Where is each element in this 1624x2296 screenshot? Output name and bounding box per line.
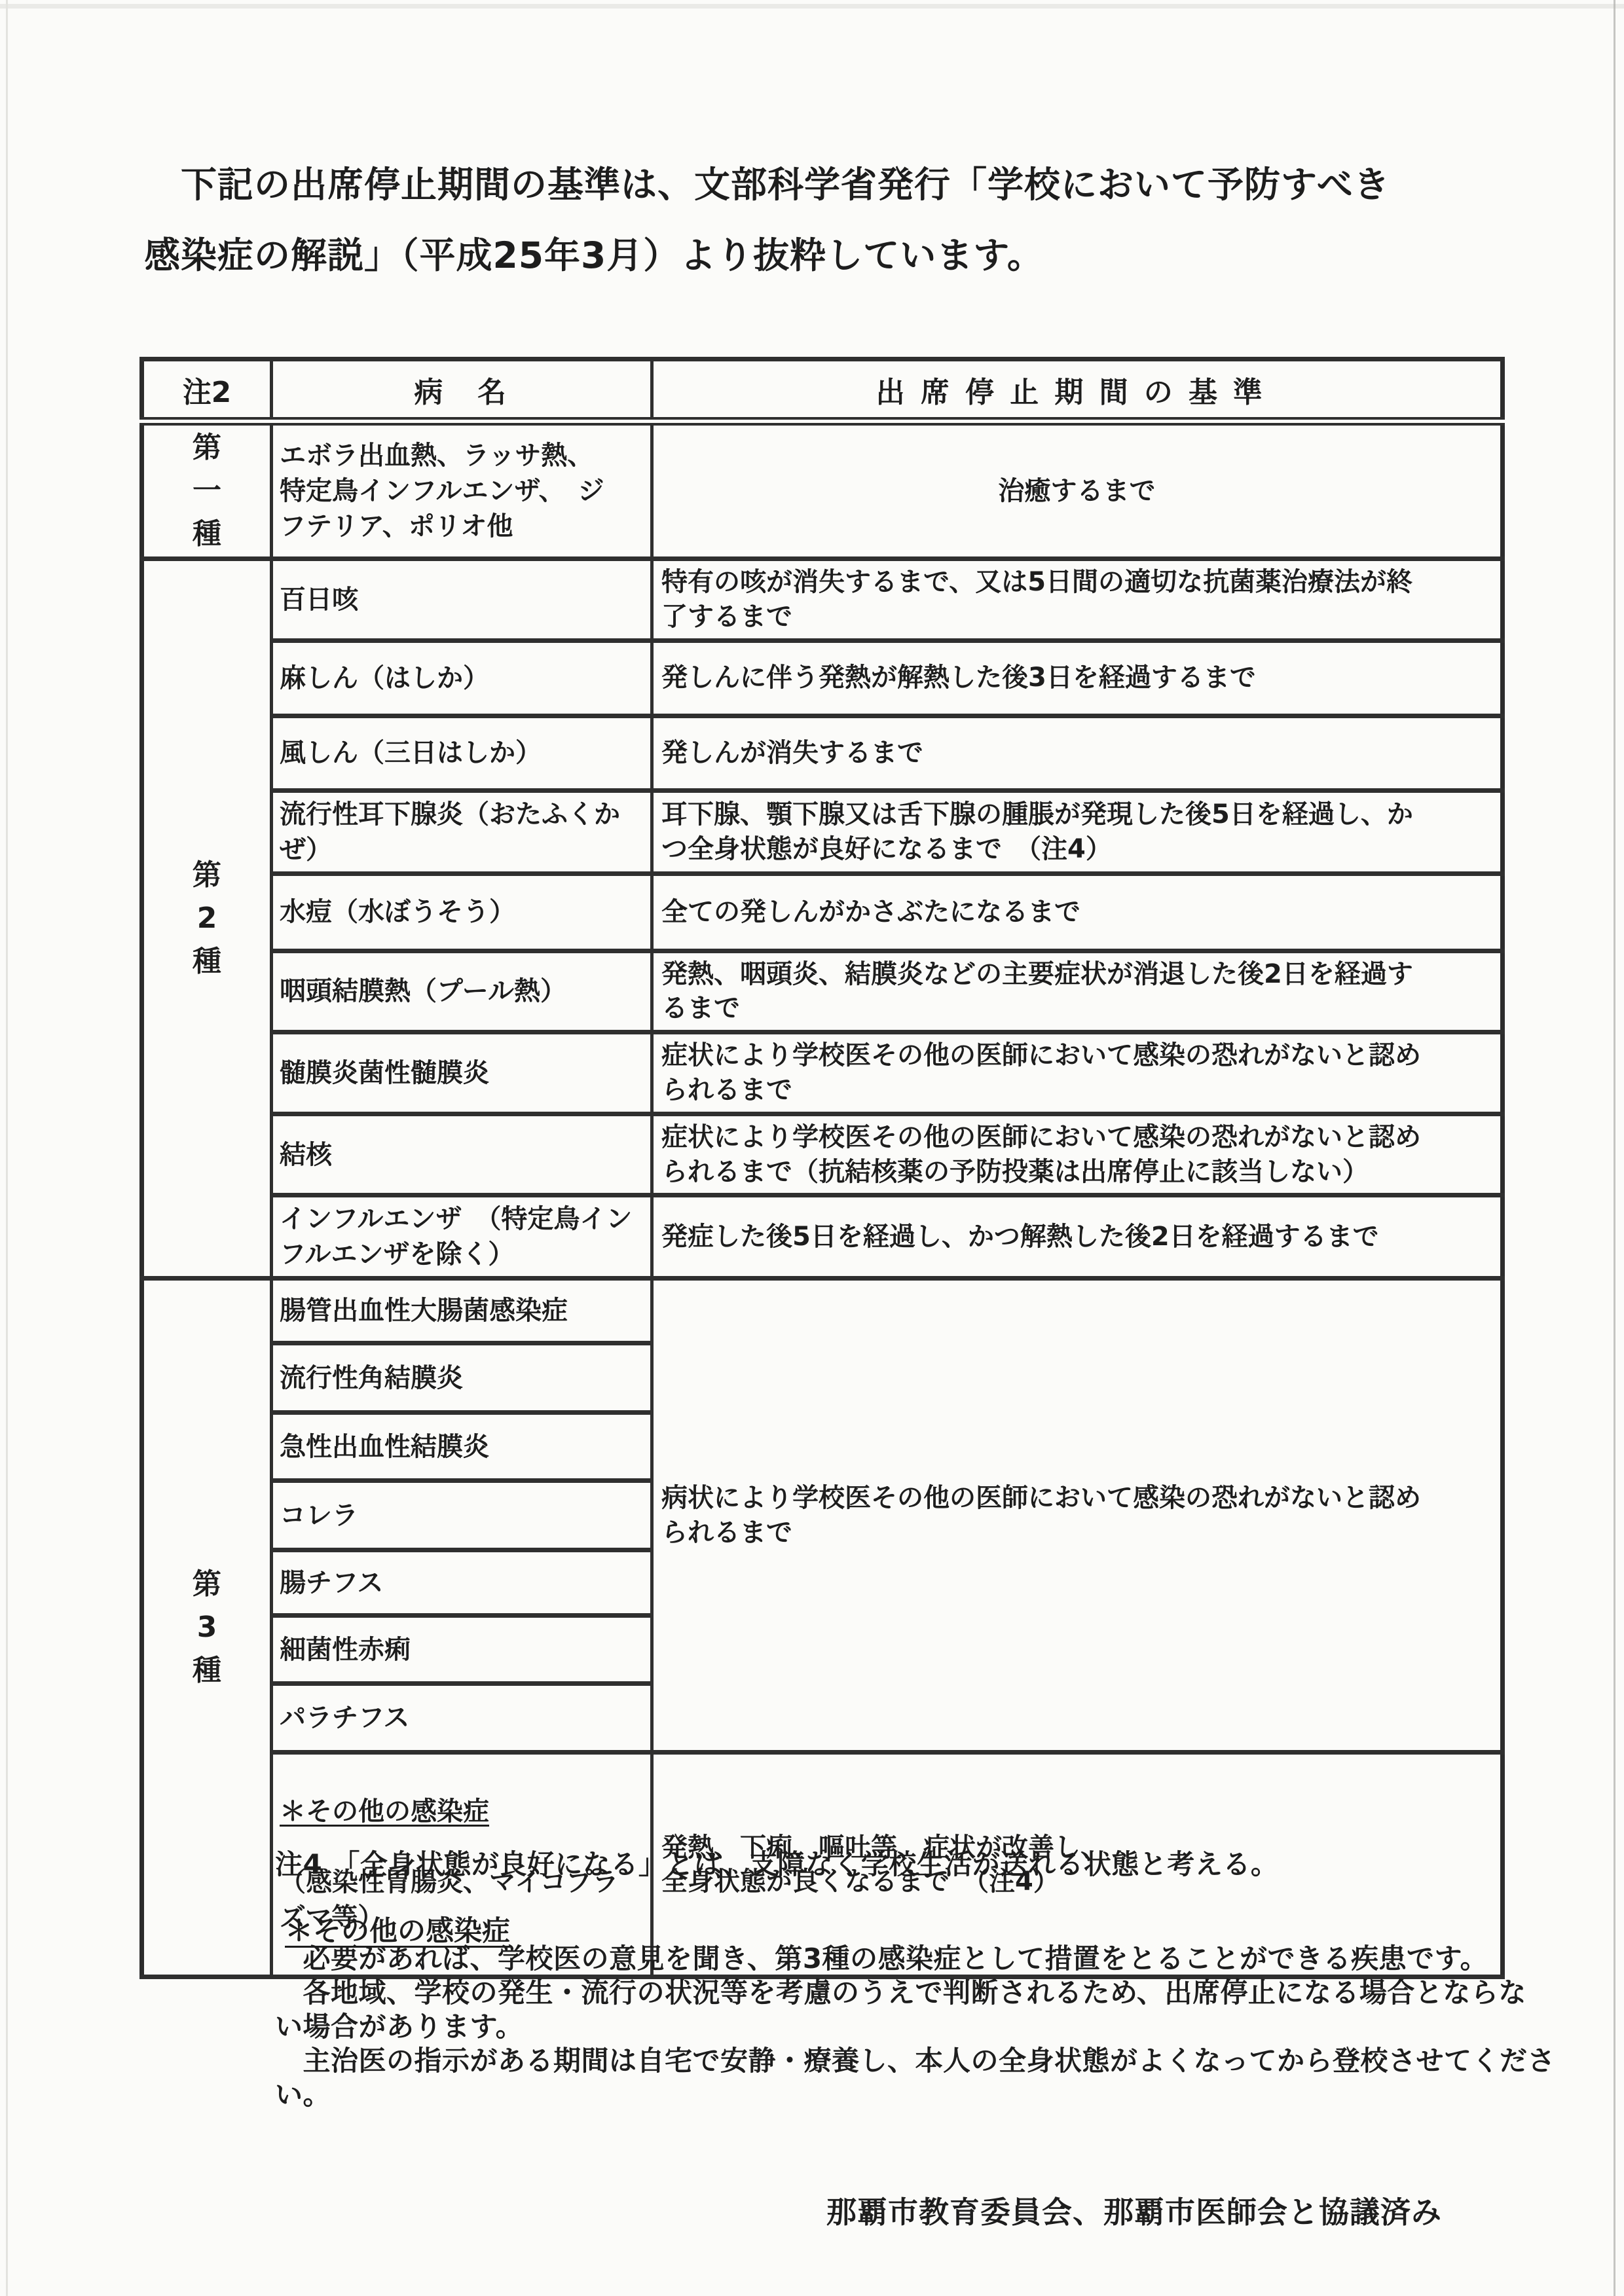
category-1-label: 第 一 種 [142,422,272,559]
disease-name: パラチフス [272,1684,652,1753]
table-row: 結核 症状により学校医その他の医師において感染の恐れがないと認め られるまで（抗… [142,1114,1503,1195]
header-suspension-criteria: 出席停止期間の基準 [652,359,1503,422]
disease-name: 咽頭結膜熱（プール熱） [272,951,652,1032]
disease-name: 腸チフス [272,1550,652,1616]
disease-name: 水痘（水ぼうそう） [272,873,652,951]
disease-name: 細菌性赤痢 [272,1616,652,1684]
table-row: 流行性耳下腺炎（おたふくか ぜ） 耳下腺、顎下腺又は舌下腺の腫脹が発現した後5日… [142,790,1503,873]
scan-artifact-right-edge [1614,0,1615,2296]
criteria-text: 発熱、咽頭炎、結膜炎などの主要症状が消退した後2日を経過す るまで [652,951,1503,1032]
criteria-text: 特有の咳が消失するまで、又は5日間の適切な抗菌薬治療法が終 了するまで [652,559,1503,641]
table-row: 水痘（水ぼうそう） 全ての発しんがかさぶたになるまで [142,873,1503,951]
table-row: 第 一 種 エボラ出血熱、ラッサ熱、 特定鳥インフルエンザ、 ジ フテリア、ポリ… [142,422,1503,559]
criteria-text: 症状により学校医その他の医師において感染の恐れがないと認め られるまで（抗結核薬… [652,1114,1503,1195]
other-infections-note-body: 必要があれば、学校医の意見を聞き、第3種の感染症として措置をとることができる疾患… [275,1942,1559,2112]
disease-name: エボラ出血熱、ラッサ熱、 特定鳥インフルエンザ、 ジ フテリア、ポリオ他 [272,422,652,559]
note4-definition: 注4 「全身状態が良好になる」とは、支障なく学校生活が送れる状態と考える。 [275,1843,1278,1882]
disease-name: 麻しん（はしか） [272,640,652,716]
criteria-text: 全ての発しんがかさぶたになるまで [652,873,1503,951]
footer-approval-note: 那覇市教育委員会、那覇市医師会と協議済み [826,2189,1442,2232]
header-note2: 注2 [142,359,272,422]
table-row: 麻しん（はしか） 発しんに伴う発熱が解熱した後3日を経過するまで [142,640,1503,716]
criteria-text: 治癒するまで [652,422,1503,559]
disease-name: 腸管出血性大腸菌感染症 [272,1279,652,1343]
scan-artifact-top-edge [0,4,1624,9]
table-row: 第 2 種 百日咳 特有の咳が消失するまで、又は5日間の適切な抗菌薬治療法が終 … [142,559,1503,641]
criteria-text: 症状により学校医その他の医師において感染の恐れがないと認め られるまで [652,1032,1503,1114]
disease-name: 結核 [272,1114,652,1195]
attendance-suspension-table: 注2 病 名 出席停止期間の基準 第 一 種 エボラ出血熱、ラッサ熱、 特定鳥イ… [139,357,1505,1979]
table-row: 風しん（三日はしか） 発しんが消失するまで [142,716,1503,790]
disease-name: 風しん（三日はしか） [272,716,652,790]
category-2-label: 第 2 種 [142,559,272,1279]
table-row: 髄膜炎菌性髄膜炎 症状により学校医その他の医師において感染の恐れがないと認め ら… [142,1032,1503,1114]
category-3-label: 第 3 種 [142,1279,272,1977]
disease-name: 急性出血性結膜炎 [272,1413,652,1481]
disease-name: 流行性耳下腺炎（おたふくか ぜ） [272,790,652,873]
disease-name: 百日咳 [272,559,652,641]
table-row: 咽頭結膜熱（プール熱） 発熱、咽頭炎、結膜炎などの主要症状が消退した後2日を経過… [142,951,1503,1032]
header-disease-name: 病 名 [272,359,652,422]
table-header-row: 注2 病 名 出席停止期間の基準 [142,359,1503,422]
criteria-text-merged: 病状により学校医その他の医師において感染の恐れがないと認め られるまで [652,1279,1503,1753]
disease-name: インフルエンザ （特定鳥イン フルエンザを除く） [272,1195,652,1279]
criteria-text: 耳下腺、顎下腺又は舌下腺の腫脹が発現した後5日を経過し、か つ全身状態が良好にな… [652,790,1503,873]
other-infections-title: ＊その他の感染症 [280,1794,649,1829]
table-row: 第 3 種 腸管出血性大腸菌感染症 病状により学校医その他の医師において感染の恐… [142,1279,1503,1343]
table-row: インフルエンザ （特定鳥イン フルエンザを除く） 発症した後5日を経過し、かつ解… [142,1195,1503,1279]
disease-name: 髄膜炎菌性髄膜炎 [272,1032,652,1114]
disease-name: 流行性角結膜炎 [272,1343,652,1413]
scan-artifact-left-edge [6,0,8,2296]
intro-paragraph: 下記の出席停止期間の基準は、文部科学省発行「学校において予防すべき 感染症の解説… [144,149,1486,291]
criteria-text: 発しんに伴う発熱が解熱した後3日を経過するまで [652,640,1503,716]
criteria-text: 発症した後5日を経過し、かつ解熱した後2日を経過するまで [652,1195,1503,1279]
criteria-text: 発しんが消失するまで [652,716,1503,790]
disease-name: コレラ [272,1481,652,1550]
